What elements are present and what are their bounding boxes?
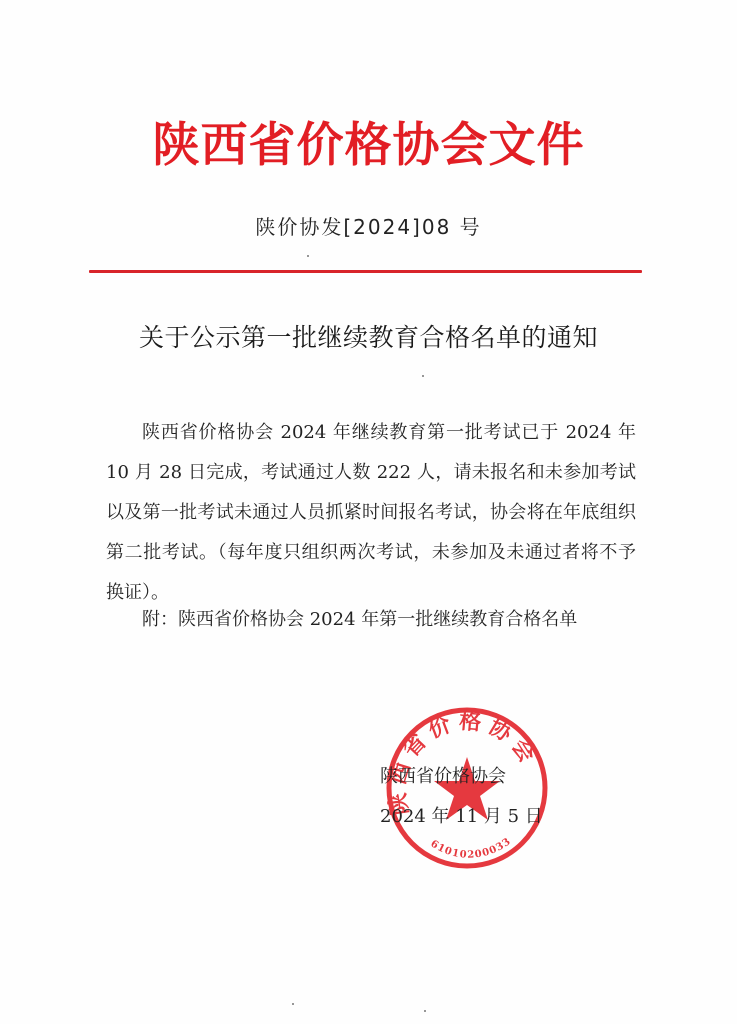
signature-block: 陕西省价格协会 2024 年 11 月 5 日 [380,757,543,837]
document-page: 陕西省价格协会文件 陕价协发[2024]08 号 关于公示第一批继续教育合格名单… [0,0,737,1024]
scan-speck [424,1010,426,1012]
attachment-note: 附：陕西省价格协会 2024 年第一批继续教育合格名单 [142,605,577,631]
header-title: 陕西省价格协会文件 [0,108,737,175]
notice-body: 陕西省价格协会 2024 年继续教育第一批考试已于 2024 年 10 月 28… [106,413,636,613]
notice-title: 关于公示第一批继续教育合格名单的通知 [0,318,737,354]
document-number: 陕价协发[2024]08 号 [0,211,737,240]
body-paragraph: 陕西省价格协会 2024 年继续教育第一批考试已于 2024 年 10 月 28… [106,413,636,613]
signing-organization: 陕西省价格协会 [380,757,543,797]
signing-date: 2024 年 11 月 5 日 [380,797,543,837]
scan-speck [292,1003,294,1005]
red-divider-line [89,270,642,273]
scan-speck [422,375,424,377]
scan-speck [307,255,309,257]
